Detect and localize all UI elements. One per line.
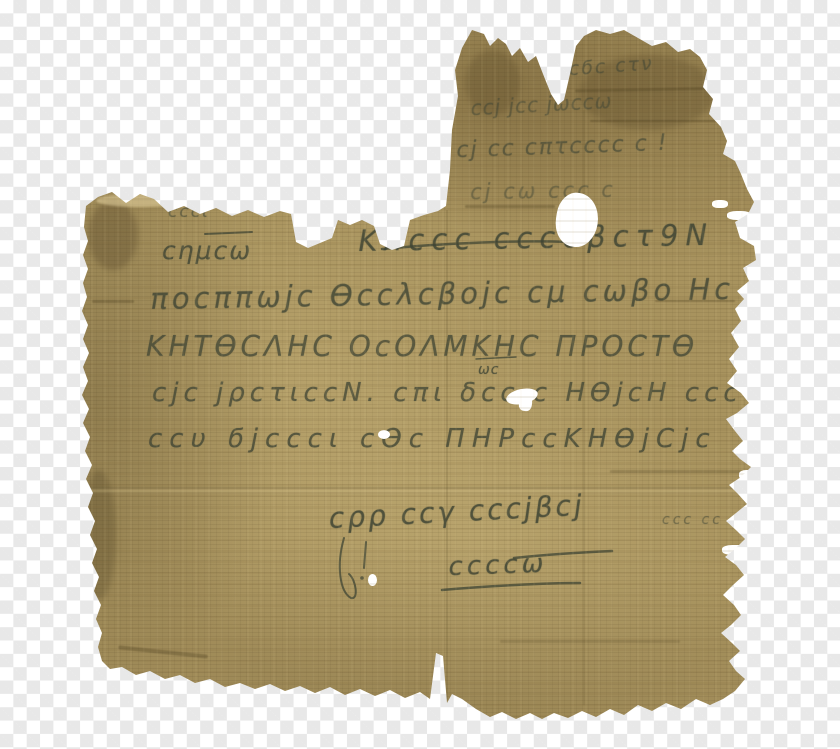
- underline-stroke: [442, 583, 580, 590]
- superscript-overline: [476, 357, 516, 359]
- handwriting-line: ΚΗΤϴϹΛΗϹ ΟϲΟΛΜΚΗϹ ΠΡΟϹΤϴ: [146, 330, 698, 363]
- papyrus-hole: [518, 395, 533, 412]
- overline-stroke: [205, 232, 252, 234]
- papyrus-hole: [378, 430, 390, 439]
- handwriting-line: ϲϭϲ ϲτν: [568, 52, 654, 80]
- fiber-streak: [590, 120, 720, 122]
- handwriting-line: ϲϲυ ϭϳϲϲϲι ϲϴϲ ΠΗΡϲϲΚΗϴϳϹϳϲ: [148, 424, 717, 454]
- fiber-streak: [575, 87, 725, 93]
- handwriting-line: ϲϲϳ ϳϲϲ ϳωϲϲω: [470, 89, 613, 120]
- flourish-stroke: [382, 241, 567, 249]
- ink-strokes: [0, 0, 840, 749]
- papyrus-hole: [722, 545, 748, 555]
- dark-patch: [88, 200, 138, 270]
- handwriting-closing-line: ϲϲϲϲω: [448, 549, 548, 582]
- ink-dot: [360, 576, 364, 580]
- handwriting-line: ϲϳϲ ϳρϲτιϲϲΝ. ϲπι δϲϲ ϲ ΗϴϳϲΗ ϲϲϲ: [152, 378, 743, 408]
- fiber-streak: [500, 640, 680, 643]
- light-patch: [96, 194, 181, 207]
- handwriting-line: Κλϲϲϲ ϲϲϲοβϲτ9Ν: [358, 218, 714, 258]
- descender-stroke: [364, 542, 366, 568]
- handwriting-line: ϲϳ ϲϲ ϲπτϲϲϲϲ ϲ !: [456, 131, 669, 163]
- handwriting-line: ποϲππωϳϲ ϴϲϲλϲβοϳϲ ϲμ ϲωβο Ηϲ Ν: [150, 271, 773, 316]
- fiber-streak: [118, 645, 208, 658]
- fold-seam: [82, 487, 758, 494]
- handwriting-line: ϲϲϲι: [168, 202, 210, 222]
- papyrus-fragment: ϲϭϲ ϲτν ϲϲϳ ϳϲϲ ϳωϲϲω ϲϳ ϲϲ ϲπτϲϲϲϲ ϲ ! …: [0, 0, 840, 749]
- dark-patch: [465, 50, 520, 115]
- papyrus-hole: [505, 386, 539, 407]
- light-patch: [200, 198, 390, 205]
- fiber-streak: [92, 300, 134, 303]
- crease-line: [446, 210, 448, 700]
- fiber-streak: [610, 470, 750, 473]
- papyrus-hole: [552, 190, 602, 250]
- papyrus-hole: [727, 211, 751, 220]
- papyrus-hole: [712, 200, 728, 208]
- handwriting-closing-line: ϲρρ ϲϲγ ϲϲϲϳβϲϳ: [328, 489, 585, 535]
- papyrus-hole: [739, 470, 757, 480]
- fiber-streak: [655, 300, 735, 302]
- descender-loop: [340, 538, 356, 598]
- handwriting-faint-marks: ϲϲϲ ϲϲ: [662, 512, 723, 528]
- dark-patch: [82, 470, 116, 600]
- handwriting-line: ϲημϲω: [162, 236, 252, 265]
- crease-line: [583, 110, 585, 705]
- transparency-checkerboard-background: ϲϭϲ ϲτν ϲϲϳ ϳϲϲ ϳωϲϲω ϲϳ ϲϲ ϲπτϲϲϲϲ ϲ ! …: [0, 0, 840, 749]
- papyrus-hole: [368, 574, 377, 586]
- handwriting-superscript: ωϲ: [478, 362, 499, 378]
- underline-stroke: [514, 551, 612, 558]
- handwriting-line: ϲϳ ϲω ϲϲϲ ϲ: [470, 177, 616, 204]
- fiber-streak: [465, 205, 555, 208]
- dark-patch: [580, 55, 715, 130]
